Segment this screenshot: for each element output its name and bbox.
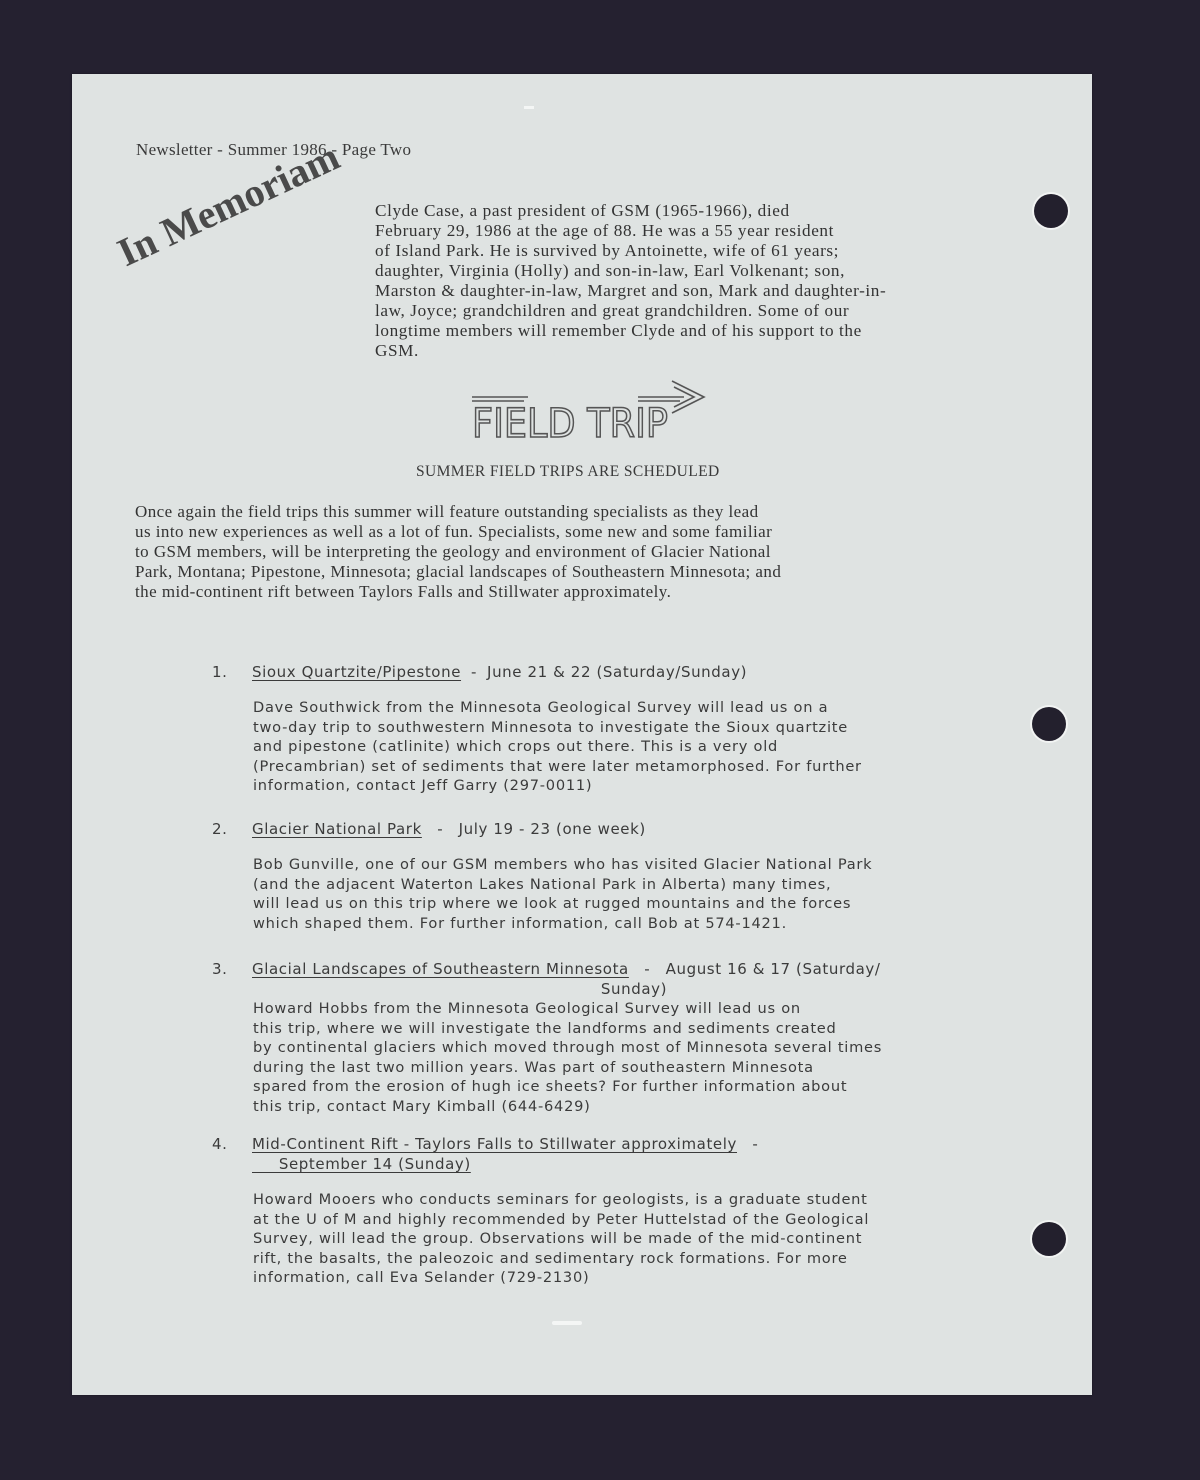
trip-item: 2.Glacier National Park - July 19 - 23 (… xyxy=(212,819,1012,933)
paper-mark xyxy=(524,106,534,109)
trip-date: September 14 (Sunday) xyxy=(212,1154,1032,1174)
trip-title: Mid-Continent Rift - Taylors Falls to St… xyxy=(252,1135,737,1153)
punch-hole xyxy=(1032,707,1066,741)
trip-title: Glacier National Park xyxy=(252,820,422,838)
trip-number: 1. xyxy=(212,662,252,682)
trip-date: June 21 & 22 (Saturday/Sunday) xyxy=(487,663,747,681)
trip-number: 3. xyxy=(212,959,252,979)
field-trip-intro: Once again the field trips this summer w… xyxy=(135,502,1055,602)
trip-item: 3.Glacial Landscapes of Southeastern Min… xyxy=(212,959,1032,1117)
paper-mark xyxy=(552,1321,582,1325)
trip-item: 4.Mid-Continent Rift - Taylors Falls to … xyxy=(212,1134,1032,1288)
newsletter-page: Newsletter - Summer 1986 - Page Two In M… xyxy=(72,74,1092,1395)
trip-description: Bob Gunville, one of our GSM members who… xyxy=(253,855,1012,933)
svg-text:FIELD TRIP: FIELD TRIP xyxy=(472,401,668,443)
trip-title: Glacial Landscapes of Southeastern Minne… xyxy=(252,960,629,978)
trip-description: Howard Hobbs from the Minnesota Geologic… xyxy=(253,999,1032,1117)
punch-hole xyxy=(1032,1222,1066,1256)
trip-number: 4. xyxy=(212,1134,252,1154)
field-trip-arrow-icon: FIELD TRIP xyxy=(468,377,708,443)
field-trip-heading: SUMMER FIELD TRIPS ARE SCHEDULED xyxy=(416,463,720,481)
field-trip-logo: FIELD TRIP xyxy=(468,377,708,443)
memoriam-text: Clyde Case, a past president of GSM (196… xyxy=(375,201,1045,361)
trip-number: 2. xyxy=(212,819,252,839)
trip-description: Dave Southwick from the Minnesota Geolog… xyxy=(253,698,1012,796)
trip-date-continued: Sunday) xyxy=(212,979,1032,999)
trip-date: July 19 - 23 (one week) xyxy=(459,820,646,838)
trip-description: Howard Mooers who conducts seminars for … xyxy=(253,1190,1032,1288)
trip-item: 1.Sioux Quartzite/Pipestone-June 21 & 22… xyxy=(212,662,1012,796)
trip-date: August 16 & 17 (Saturday/ xyxy=(666,960,881,978)
trip-title: Sioux Quartzite/Pipestone xyxy=(252,663,461,681)
